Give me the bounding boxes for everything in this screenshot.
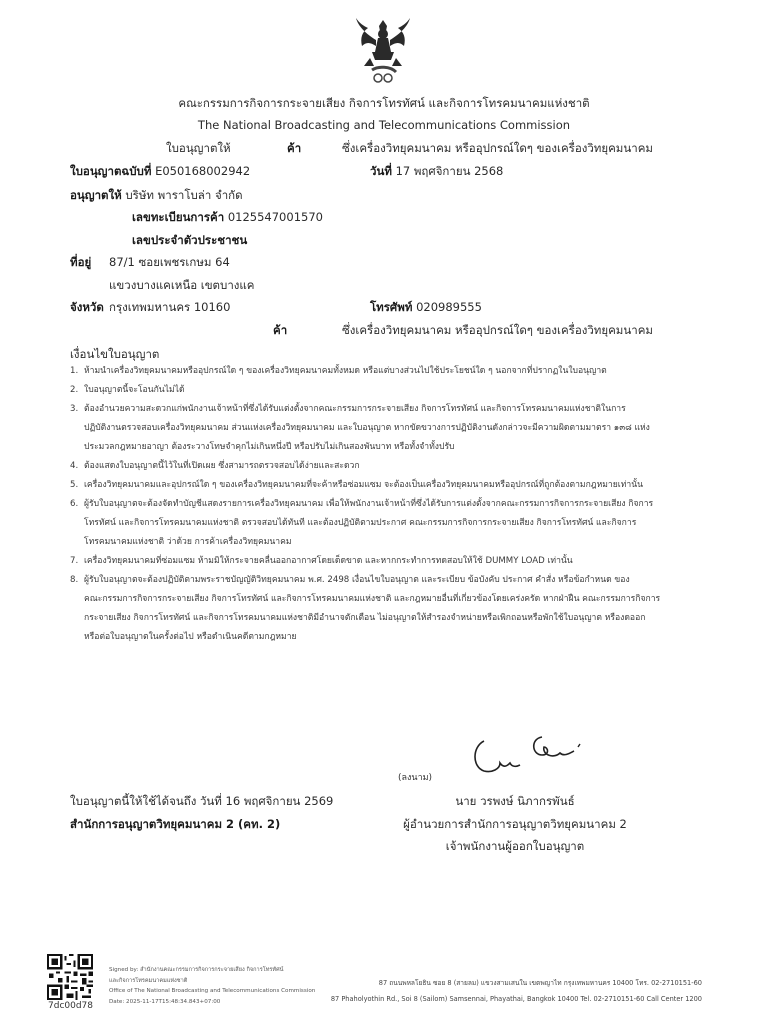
footer-address-th: 87 ถนนพหลโยธิน ซอย 8 (สายลม) แขวงสามเสนใ… — [379, 977, 702, 988]
condition-item: 4.ต้องแสดงใบอนุญาตนี้ไว้ในที่เปิดเผย ซึ่… — [70, 457, 720, 476]
condition-text: ต้องแสดงใบอนุญาตนี้ไว้ในที่เปิดเผย ซึ่งส… — [84, 457, 360, 476]
condition-number: 7. — [70, 552, 84, 571]
condition-item: 5.เครื่องวิทยุคมนาคมและอุปกรณ์ใด ๆ ของเค… — [70, 476, 720, 495]
signer-name: นาย วรพงษ์ นิภากรพันธ์ — [380, 793, 650, 811]
phone-value: 020989555 — [416, 300, 482, 314]
condition-item-continuation: โทรคมนาคมแห่งชาติ ว่าด้วย การค้าเครื่องว… — [70, 533, 720, 552]
condition-text: ห้ามนำเครื่องวิทยุคมนาคมหรืออุปกรณ์ใด ๆ … — [84, 362, 607, 381]
signer-role: เจ้าพนักงานผู้ออกใบอนุญาต — [380, 838, 650, 856]
license-type-desc: ซึ่งเครื่องวิทยุคมนาคม หรืออุปกรณ์ใดๆ ขอ… — [342, 140, 653, 158]
activity-value: ค้า — [273, 322, 287, 340]
condition-text: หรือต่อใบอนุญาตในครั้งต่อไป หรือดำเนินคด… — [70, 628, 297, 647]
license-number-label: ใบอนุญาตฉบับที่ — [70, 164, 151, 178]
condition-text: ต้องอำนวยความสะดวกแก่พนักงานเจ้าหน้าที่ซ… — [84, 400, 626, 419]
condition-item-continuation: ประมวลกฎหมายอาญา ต้องระวางโทษจำคุกไม่เกิ… — [70, 438, 720, 457]
address-line-2: แขวงบางแคเหนือ เขตบางแค — [109, 277, 255, 295]
license-date-label: วันที่ — [370, 164, 392, 178]
license-number-value: E050168002942 — [155, 164, 250, 178]
condition-text: ปฏิบัติงานตรวจสอบเครื่องวิทยุคมนาคม ส่วน… — [70, 419, 650, 438]
grantee-label: อนุญาตให้ — [70, 188, 122, 202]
activity-desc: ซึ่งเครื่องวิทยุคมนาคม หรืออุปกรณ์ใดๆ ขอ… — [342, 322, 653, 340]
condition-item-continuation: โทรทัศน์ และกิจการโทรคมนาคมแห่งชาติ ตรวจ… — [70, 514, 720, 533]
condition-number: 6. — [70, 495, 84, 514]
condition-number: 5. — [70, 476, 84, 495]
grantee-value: บริษัท พาราโบล่า จำกัด — [125, 188, 242, 202]
citizen-id: เลขประจำตัวประชาชน — [132, 232, 247, 250]
signer-title: ผู้อำนวยการสำนักการอนุญาตวิทยุคมนาคม 2 — [380, 816, 650, 834]
condition-item: 1.ห้ามนำเครื่องวิทยุคมนาคมหรืออุปกรณ์ใด … — [70, 362, 720, 381]
license-date: วันที่ 17 พฤศจิกายน 2568 — [370, 163, 503, 181]
condition-item: 7.เครื่องวิทยุคมนาคมที่ซ่อมแซม ห้ามมิให้… — [70, 552, 720, 571]
condition-text: เครื่องวิทยุคมนาคมและอุปกรณ์ใด ๆ ของเครื… — [84, 476, 643, 495]
condition-item-continuation: กระจายเสียง กิจการโทรทัศน์ และกิจการโทรค… — [70, 609, 720, 628]
qr-code-icon[interactable] — [47, 954, 93, 1000]
trade-reg-label: เลขทะเบียนการค้า — [132, 210, 224, 224]
footer-address-en: 87 Phaholyothin Rd., Soi 8 (Sailom) Sams… — [331, 995, 702, 1003]
condition-text: โทรคมนาคมแห่งชาติ ว่าด้วย การค้าเครื่องว… — [70, 533, 292, 552]
grantee: อนุญาตให้ บริษัท พาราโบล่า จำกัด — [70, 187, 243, 205]
license-type-value: ค้า — [287, 140, 301, 158]
license-date-value: 17 พฤศจิกายน 2568 — [396, 164, 504, 178]
condition-item: 8.ผู้รับใบอนุญาตจะต้องปฏิบัติตามพระราชบั… — [70, 571, 720, 590]
condition-number: 4. — [70, 457, 84, 476]
condition-number: 1. — [70, 362, 84, 381]
sign-label: (ลงนาม) — [398, 770, 432, 784]
condition-text: โทรทัศน์ และกิจการโทรคมนาคมแห่งชาติ ตรวจ… — [70, 514, 636, 533]
condition-text: ใบอนุญาตนี้จะโอนกันไม่ได้ — [84, 381, 185, 400]
condition-text: ประมวลกฎหมายอาญา ต้องระวางโทษจำคุกไม่เกิ… — [70, 438, 455, 457]
valid-until: ใบอนุญาตนี้ให้ใช้ได้จนถึง วันที่ 16 พฤศจ… — [70, 793, 333, 811]
signature-icon — [470, 733, 590, 783]
garuda-emblem-icon — [348, 14, 418, 92]
condition-text: ผู้รับใบอนุญาตจะต้องจัดทำบัญชีแสดงรายการ… — [84, 495, 653, 514]
trade-registration: เลขทะเบียนการค้า 0125547001570 — [132, 209, 323, 227]
condition-text: กระจายเสียง กิจการโทรทัศน์ และกิจการโทรค… — [70, 609, 645, 628]
condition-item: 2.ใบอนุญาตนี้จะโอนกันไม่ได้ — [70, 381, 720, 400]
condition-text: คณะกรรมการกิจการกระจายเสียง กิจการโทรทัศ… — [70, 590, 660, 609]
org-name-en: The National Broadcasting and Telecommun… — [0, 118, 768, 132]
province-label: จังหวัด — [70, 299, 104, 317]
license-type-label: ใบอนุญาตให้ — [166, 140, 231, 158]
phone-label: โทรศัพท์ — [370, 300, 412, 314]
address-label: ที่อยู่ — [70, 254, 91, 272]
trade-reg-value: 0125547001570 — [228, 210, 323, 224]
signed-by-line-1: Signed by: สำนักงานคณะกรรมการกิจการกระจา… — [109, 966, 283, 974]
condition-text: ผู้รับใบอนุญาตจะต้องปฏิบัติตามพระราชบัญญ… — [84, 571, 630, 590]
condition-item: 6.ผู้รับใบอนุญาตจะต้องจัดทำบัญชีแสดงรายก… — [70, 495, 720, 514]
signed-date: Date: 2025-11-17T15:48:34.843+07:00 — [109, 999, 220, 1005]
condition-item-continuation: หรือต่อใบอนุญาตในครั้งต่อไป หรือดำเนินคด… — [70, 628, 720, 647]
signed-by-line-3: Office of The National Broadcasting and … — [109, 988, 315, 994]
condition-number: 3. — [70, 400, 84, 419]
conditions-list: 1.ห้ามนำเครื่องวิทยุคมนาคมหรืออุปกรณ์ใด … — [70, 362, 720, 647]
citizen-id-label: เลขประจำตัวประชาชน — [132, 233, 247, 247]
qr-code-text: 7dc00d78 — [48, 1001, 93, 1011]
phone: โทรศัพท์ 020989555 — [370, 299, 482, 317]
condition-item: 3.ต้องอำนวยความสะดวกแก่พนักงานเจ้าหน้าที… — [70, 400, 720, 419]
condition-text: เครื่องวิทยุคมนาคมที่ซ่อมแซม ห้ามมิให้กร… — [84, 552, 573, 571]
province-value: กรุงเทพมหานคร 10160 — [109, 299, 230, 317]
condition-number: 8. — [70, 571, 84, 590]
condition-item-continuation: ปฏิบัติงานตรวจสอบเครื่องวิทยุคมนาคม ส่วน… — [70, 419, 720, 438]
issuing-office: สำนักการอนุญาตวิทยุคมนาคม 2 (คท. 2) — [70, 816, 280, 834]
condition-number: 2. — [70, 381, 84, 400]
license-number: ใบอนุญาตฉบับที่ E050168002942 — [70, 163, 250, 181]
address-line-1: 87/1 ซอยเพชรเกษม 64 — [109, 254, 230, 272]
condition-item-continuation: คณะกรรมการกิจการกระจายเสียง กิจการโทรทัศ… — [70, 590, 720, 609]
signed-by-line-2: และกิจการโทรคมนาคมแห่งชาติ — [109, 977, 187, 985]
org-name-th: คณะกรรมการกิจการกระจายเสียง กิจการโทรทัศ… — [0, 95, 768, 113]
